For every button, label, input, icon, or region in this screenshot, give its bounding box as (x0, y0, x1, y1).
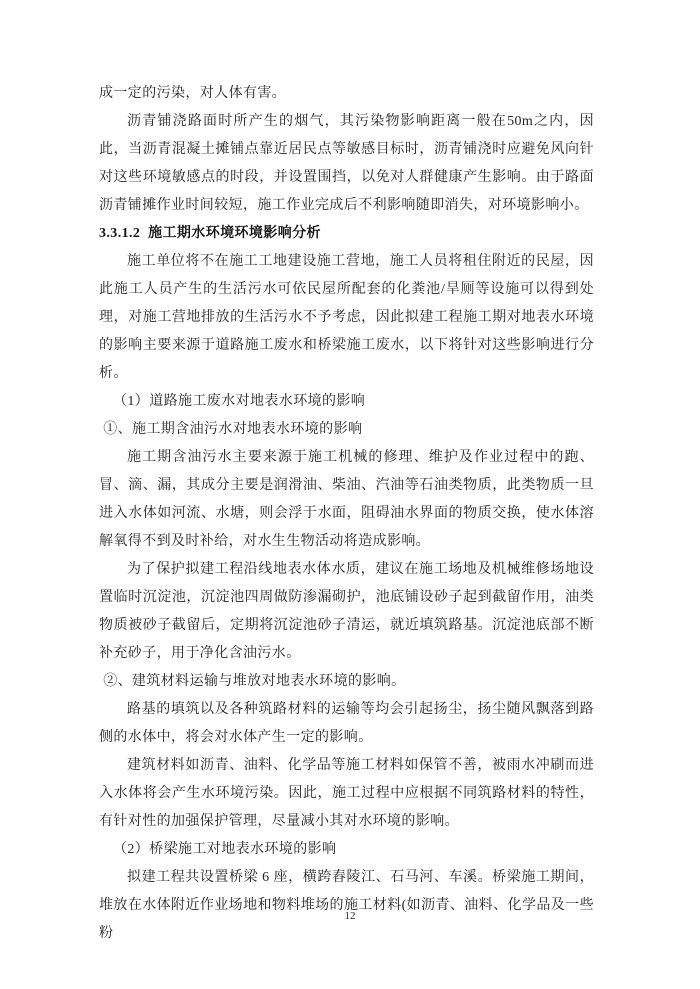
paragraph: 沥青铺浇路面时所产生的烟气，其污染物影响距离一般在50m之内，因此，当沥青混凝土… (99, 108, 594, 220)
paragraph: 施工期含油污水主要来源于施工机械的修理、维护及作业过程中的跑、冒、滴、漏，其成分… (99, 444, 594, 556)
list-item-heading: （1）道路施工废水对地表水环境的影响 (99, 388, 594, 416)
document-page: 成一定的污染，对人体有害。 沥青铺浇路面时所产生的烟气，其污染物影响距离一般在5… (0, 0, 700, 989)
list-item-heading: ②、建筑材料运输与堆放对地表水环境的影响。 (99, 668, 594, 696)
list-item-heading: ①、施工期含油污水对地表水环境的影响 (99, 416, 594, 444)
list-item-heading: （2）桥梁施工对地表水环境的影响 (99, 836, 594, 864)
paragraph: 路基的填筑以及各种筑路材料的运输等均会引起扬尘，扬尘随风飘落到路侧的水体中，将会… (99, 696, 594, 752)
paragraph-continuation: 成一定的污染，对人体有害。 (99, 80, 594, 108)
paragraph: 拟建工程共设置桥梁 6 座，横跨舂陵江、石马河、车溪。桥梁施工期间，堆放在水体附… (99, 864, 594, 948)
paragraph: 施工单位将不在施工工地建设施工营地，施工人员将租住附近的民屋，因此施工人员产生的… (99, 248, 594, 388)
page-number: 12 (0, 908, 700, 924)
document-body: 成一定的污染，对人体有害。 沥青铺浇路面时所产生的烟气，其污染物影响距离一般在5… (99, 80, 594, 948)
paragraph: 建筑材料如沥青、油料、化学品等施工材料如保管不善，被雨水冲刷而进入水体将会产生水… (99, 752, 594, 836)
section-heading: 3.3.1.2 施工期水环境环境影响分析 (99, 220, 594, 248)
paragraph: 为了保护拟建工程沿线地表水体水质，建议在施工场地及机械维修场地设置临时沉淀池，沉… (99, 556, 594, 668)
